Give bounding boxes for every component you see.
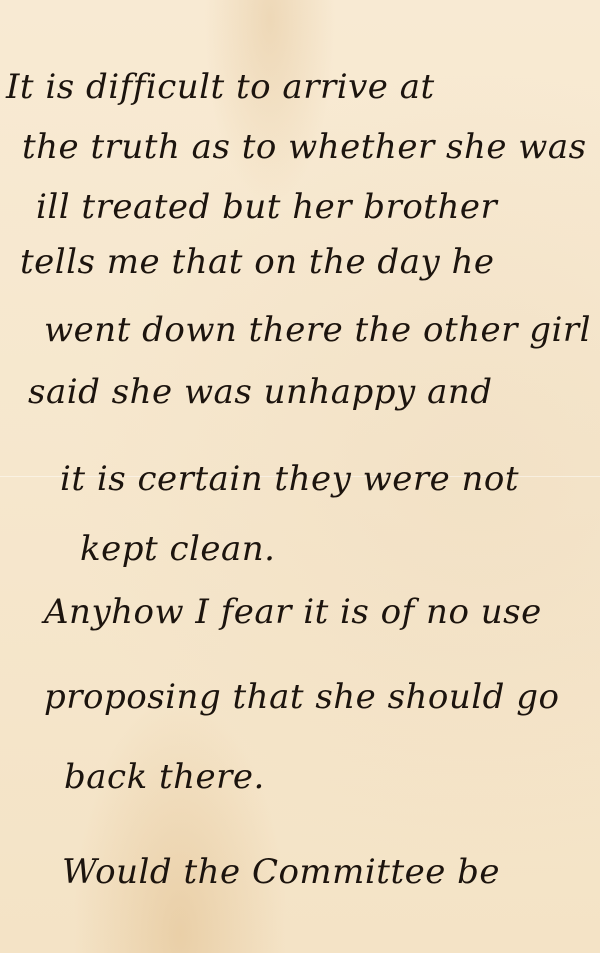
letter-page: It is difficult to arrive at the truth a… <box>0 0 600 953</box>
letter-line-7: it is certain they were not <box>60 462 519 496</box>
letter-line-5: went down there the other girl <box>44 313 591 347</box>
letter-line-8: kept clean. <box>80 532 275 566</box>
letter-line-6: said she was unhappy and <box>28 375 493 409</box>
letter-line-12: Would the Committee be <box>62 855 500 889</box>
letter-line-3: ill treated but her brother <box>36 190 497 224</box>
letter-line-11: back there. <box>64 760 265 794</box>
letter-line-9: Anyhow I fear it is of no use <box>44 595 542 629</box>
letter-line-4: tells me that on the day he <box>20 245 495 279</box>
letter-line-2: the truth as to whether she was <box>22 130 587 164</box>
letter-line-10: proposing that she should go <box>44 680 559 714</box>
letter-line-1: It is difficult to arrive at <box>6 70 435 104</box>
